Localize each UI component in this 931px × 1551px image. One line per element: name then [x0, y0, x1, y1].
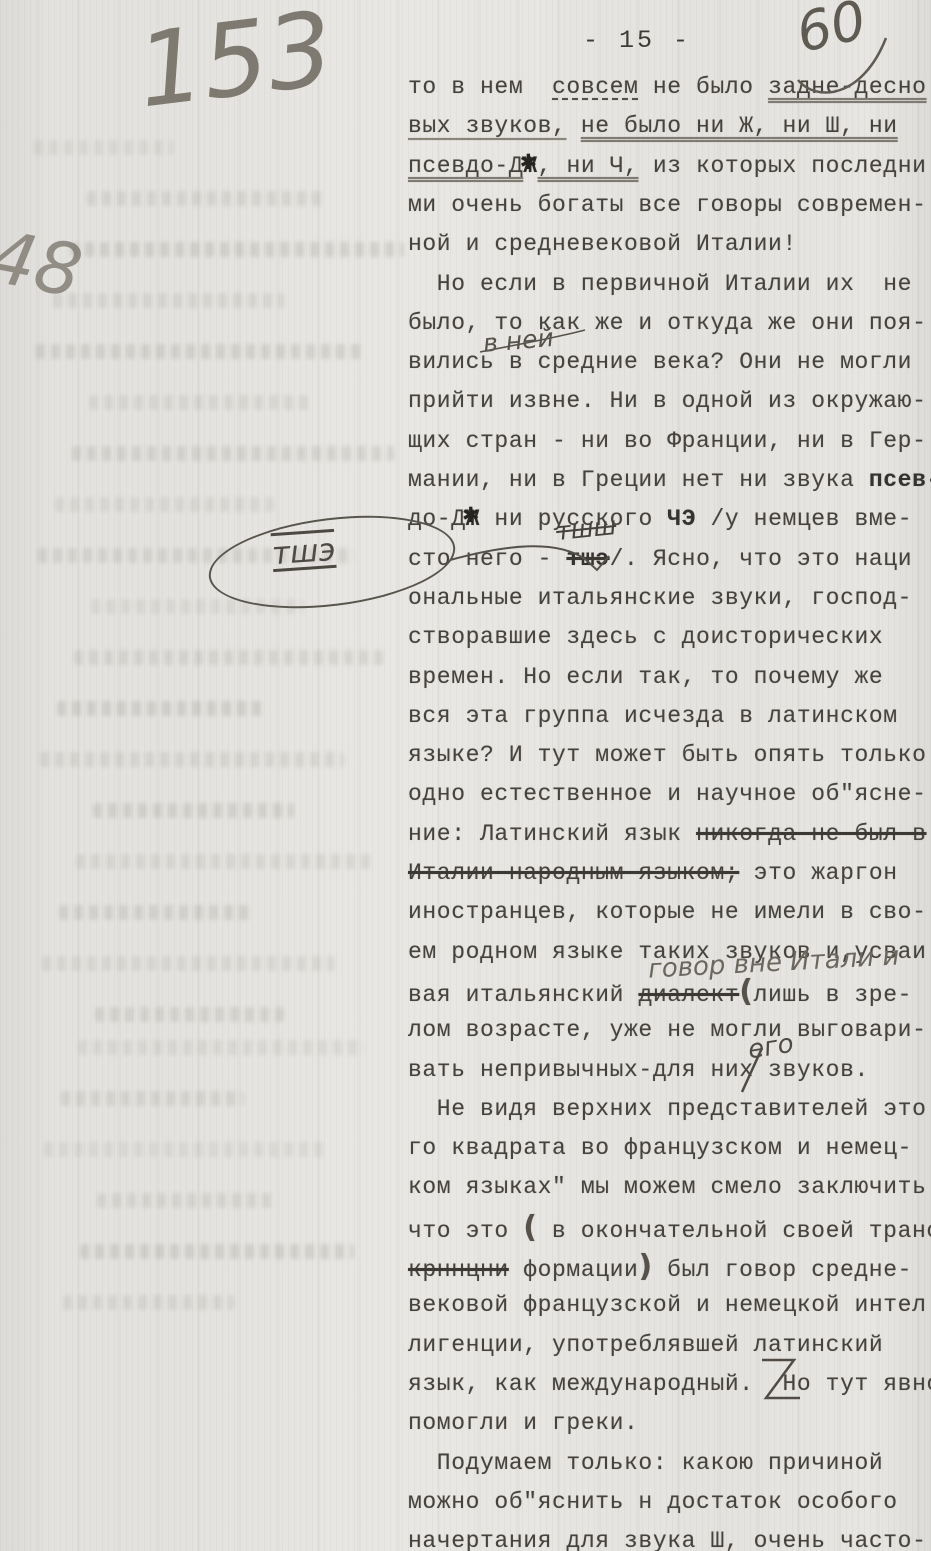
- typed-segment: ком языках" мы можем смело заключить: [408, 1174, 926, 1200]
- typed-segment: ми очень богаты все говоры современ-: [408, 192, 926, 218]
- bleed-through-ghost-line: [53, 293, 284, 308]
- typed-line: вековой французской и немецкой интел: [408, 1292, 926, 1319]
- typed-line: одно естественное и научное об"ясне-: [408, 781, 926, 808]
- typed-line: языке? И тут может быть опять только: [408, 742, 926, 769]
- typed-line: сто него - тшэ/. Ясно, что это наци: [408, 546, 912, 573]
- typed-segment: псевдо-Д: [408, 153, 523, 179]
- bleed-through-ghost-line: [74, 650, 384, 665]
- typed-segment: лишь в зре-: [754, 982, 912, 1008]
- typed-segment: вых звуков,: [408, 113, 566, 139]
- typed-line: язык, как международный. Но тут явно: [408, 1371, 931, 1398]
- handwritten-insertion-v-nei: в ней: [482, 323, 555, 358]
- typed-segment: никогда не был в: [696, 821, 926, 847]
- typed-line: створавшие здесь с доисторических: [408, 624, 883, 651]
- typed-line: ональные итальянские звуки, господ-: [408, 585, 912, 612]
- pen-corner-number: 60: [792, 0, 871, 61]
- typed-segment: языке? И тут может быть опять только: [408, 742, 926, 768]
- typed-line: ком языках" мы можем смело заключить: [408, 1174, 926, 1201]
- bleed-through-ghost-line: [34, 140, 174, 155]
- typed-line: щих стран - ни во Франции, ни в Гер-: [408, 428, 926, 455]
- typed-line: помогли и греки.: [408, 1410, 638, 1437]
- typed-segment: не было ни Ж, ни Ш, ни: [581, 113, 898, 139]
- typed-segment: Ж: [523, 153, 537, 179]
- typed-segment: вать непривычных-для них звуков.: [408, 1057, 869, 1083]
- typed-segment: совсем: [552, 74, 638, 100]
- typed-segment: ): [638, 1249, 652, 1284]
- typed-line: иностранцев, которые не имели в сво-: [408, 899, 926, 926]
- typed-segment: иностранцев, которые не имели в сво-: [408, 899, 926, 925]
- typed-segment: [566, 113, 580, 139]
- typed-segment: диалект: [638, 982, 739, 1008]
- typed-segment: что это: [408, 1218, 523, 1244]
- bleed-through-ghost-line: [55, 497, 274, 512]
- typed-segment: то в нем: [408, 74, 552, 100]
- bleed-through-ghost-line: [44, 1142, 324, 1157]
- typed-line: можно об"яснить н достаток особого: [408, 1489, 898, 1516]
- bleed-through-ghost-line: [61, 1091, 244, 1106]
- typed-line: ние: Латинский язык никогда не был в: [408, 821, 926, 848]
- typed-segment: /у немцев вме-: [696, 506, 912, 532]
- bleed-through-ghost-line: [63, 1295, 234, 1310]
- bleed-through-ghost-line: [70, 242, 404, 257]
- typed-segment: крннцни: [408, 1257, 509, 1283]
- bleed-through-ghost-line: [38, 548, 354, 563]
- handwritten-overwrite-tshsh: тшш: [555, 511, 618, 546]
- typed-line: прийти извне. Ни в одной из окружаю-: [408, 388, 926, 415]
- typed-segment: ной и средневековой Италии!: [408, 231, 797, 257]
- bleed-through-ghost-line: [97, 1193, 274, 1208]
- typed-segment: Ж: [466, 506, 480, 532]
- bleed-through-ghost-line: [57, 701, 264, 716]
- typed-line: вых звуков, не было ни Ж, ни Ш, ни: [408, 113, 898, 140]
- typed-line: времен. Но если так, то почему же: [408, 664, 883, 691]
- typed-segment: (: [523, 1210, 537, 1245]
- typed-segment: помогли и греки.: [408, 1410, 638, 1436]
- typed-line: до-ДЖ ни русского ЧЭ /у немцев вме-: [408, 506, 912, 533]
- typed-segment: вая итальянский: [408, 982, 638, 1008]
- bleed-through-ghost-line: [42, 956, 334, 971]
- typed-segment: ние: Латинский язык: [408, 821, 696, 847]
- bleed-through-ghost-line: [59, 905, 254, 920]
- typed-line: лигенции, употреблявшей латинский: [408, 1332, 883, 1359]
- typed-line: го квадрата во французском и немец-: [408, 1135, 912, 1162]
- typed-segment: в окончательной своей транс: [538, 1218, 931, 1244]
- typed-segment: щих стран - ни во Франции, ни в Гер-: [408, 428, 926, 454]
- typed-line: ми очень богаты все говоры современ-: [408, 192, 926, 219]
- typed-segment: псев-: [869, 467, 931, 493]
- typed-segment: язык, как международный. Но тут явно: [408, 1371, 931, 1397]
- typed-line: вать непривычных-для них звуков.: [408, 1057, 869, 1084]
- typed-segment: это жаргон: [739, 860, 897, 886]
- typed-segment: /. Ясно, что это наци: [610, 546, 912, 572]
- bleed-through-ghost-line: [93, 803, 294, 818]
- bleed-through-ghost-line: [89, 395, 314, 410]
- typed-line: лом возрасте, уже не могли выговари-: [408, 1017, 926, 1044]
- typed-segment: ЧЭ: [667, 506, 696, 532]
- bleed-through-ghost-line: [80, 1244, 354, 1259]
- typed-segment: Италии народным языком;: [408, 860, 739, 886]
- typed-line: Подумаем только: какою причиной: [408, 1450, 883, 1477]
- typed-segment: одно естественное и научное об"ясне-: [408, 781, 926, 807]
- typed-line: то в нем совсем не было задне-десно: [408, 74, 927, 101]
- typed-segment: мании, ни в Греции нет ни звука: [408, 467, 869, 493]
- typed-segment: был говор средне-: [653, 1257, 912, 1283]
- bleed-through-ghost-line: [40, 752, 344, 767]
- typed-segment: из которых последни: [638, 153, 926, 179]
- typed-segment: времен. Но если так, то почему же: [408, 664, 883, 690]
- bleed-through-ghost-line: [36, 344, 364, 359]
- typed-segment: ни Ч,: [566, 153, 638, 179]
- typed-segment: можно об"яснить н достаток особого: [408, 1489, 898, 1515]
- typed-line: Италии народным языком; это жаргон: [408, 860, 898, 887]
- bleed-through-ghost-line: [95, 1007, 284, 1022]
- typed-segment: створавшие здесь с доисторических: [408, 624, 883, 650]
- typed-line: псевдо-ДЖ, ни Ч, из которых последни: [408, 153, 927, 180]
- bleed-through-ghost-line: [72, 446, 394, 461]
- typed-line: вся эта группа исчезда в латинском: [408, 703, 898, 730]
- typed-segment: тшэ: [566, 546, 609, 572]
- typed-segment: лигенции, употреблявшей латинский: [408, 1332, 883, 1358]
- scanned-page: { "page": { "page_number": "- 15 -", "sh…: [0, 0, 931, 1551]
- typed-segment: не было: [638, 74, 768, 100]
- typed-line: что это ( в окончательной своей транс: [408, 1214, 931, 1245]
- typed-segment: ,: [538, 153, 567, 179]
- typed-segment: го квадрата во французском и немец-: [408, 1135, 912, 1161]
- bleed-through-ghost-line: [76, 854, 374, 869]
- typed-segment: ональные итальянские звуки, господ-: [408, 585, 912, 611]
- typed-line: крннцни формации) был говор средне-: [408, 1253, 912, 1284]
- typed-segment: вековой французской и немецкой интел: [408, 1292, 926, 1318]
- typed-segment: задне-десно: [768, 74, 926, 100]
- typed-segment: начертания для звука Ш, очень часто-: [408, 1528, 926, 1551]
- typed-segment: вся эта группа исчезда в латинском: [408, 703, 898, 729]
- page-number: - 15 -: [583, 26, 691, 55]
- pencil-sheet-number: 153: [133, 0, 339, 123]
- typed-segment: формации: [509, 1257, 639, 1283]
- typed-segment: Подумаем только: какою причиной: [408, 1450, 883, 1476]
- bleed-through-ghost-line: [91, 599, 304, 614]
- typed-line: мании, ни в Греции нет ни звука псев-: [408, 467, 931, 494]
- typed-line: Не видя верхних представителей это: [408, 1096, 926, 1123]
- typed-line: ной и средневековой Италии!: [408, 231, 797, 258]
- typed-line: начертания для звука Ш, очень часто-: [408, 1528, 926, 1551]
- typed-line: Но если в первичной Италии их не: [408, 271, 912, 298]
- typed-segment: прийти извне. Ни в одной из окружаю-: [408, 388, 926, 414]
- bleed-through-ghost-line: [87, 191, 324, 206]
- bleed-through-ghost-line: [78, 1040, 364, 1055]
- typed-segment: Не видя верхних представителей это: [408, 1096, 926, 1122]
- typed-segment: Но если в первичной Италии их не: [408, 271, 912, 297]
- typed-segment: лом возрасте, уже не могли выговари-: [408, 1017, 926, 1043]
